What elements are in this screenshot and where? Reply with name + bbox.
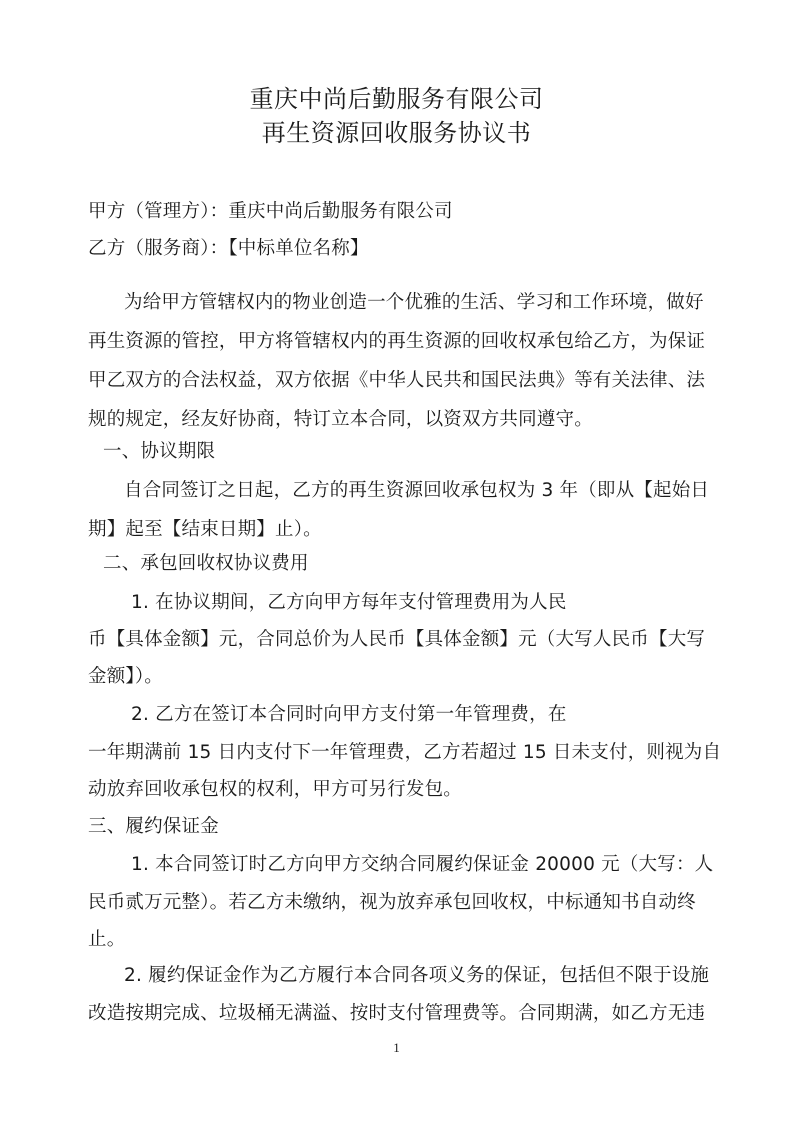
agreement-title: 再生资源回收服务协议书 <box>0 118 793 148</box>
section-heading-term: 一、协议期限 <box>103 440 215 464</box>
section-text: 一年期满前 15 日内支付下一年管理费，乙方若超过 15 日未支付，则视为自 <box>88 741 721 765</box>
section-text: 1. 在协议期间，乙方向甲方每年支付管理费用为人民 <box>131 591 567 615</box>
section-text: 1. 本合同签订时乙方向甲方交纳合同履约保证金 20000 元（大写：人 <box>131 853 713 877</box>
section-text: 币【具体金额】元，合同总价为人民币【具体金额】元（大写人民币【大写 <box>88 628 705 652</box>
intro-line: 规的规定，经友好协商，特订立本合同，以资双方共同遵守。 <box>88 408 593 432</box>
company-title: 重庆中尚后勤服务有限公司 <box>0 84 793 114</box>
section-text: 止。 <box>88 928 125 952</box>
page-number: 1 <box>0 1040 793 1056</box>
section-text: 民币贰万元整）。若乙方未缴纳，视为放弃承包回收权，中标通知书自动终 <box>88 891 696 915</box>
section-text: 改造按期完成、垃圾桶无满溢、按时支付管理费等。合同期满，如乙方无违 <box>88 1002 705 1026</box>
section-text: 金额】）。 <box>88 665 163 689</box>
section-text: 2. 履约保证金作为乙方履行本合同各项义务的保证，包括但不限于设施 <box>124 964 709 988</box>
party-b: 乙方（服务商）：【中标单位名称】 <box>88 237 369 261</box>
intro-line: 甲乙双方的合法权益，双方依据《中华人民共和国民法典》等有关法律、法 <box>88 369 705 393</box>
intro-line: 为给甲方管辖权内的物业创造一个优雅的生活、学习和工作环境，做好 <box>124 291 704 315</box>
section-text: 动放弃回收承包权的权利，甲方可另行发包。 <box>88 778 462 802</box>
section-heading-deposit: 三、履约保证金 <box>88 815 219 839</box>
party-a: 甲方（管理方）：重庆中尚后勤服务有限公司 <box>88 200 453 224</box>
intro-line: 再生资源的管控，甲方将管辖权内的再生资源的回收权承包给乙方，为保证 <box>88 330 705 354</box>
section-text: 自合同签订之日起，乙方的再生资源回收承包权为 3 年（即从【起始日 <box>124 479 709 503</box>
section-text: 期】起至【结束日期】止）。 <box>88 518 322 542</box>
section-text: 2. 乙方在签订本合同时向甲方支付第一年管理费，在 <box>131 703 567 727</box>
section-heading-fee: 二、承包回收权协议费用 <box>103 552 309 576</box>
